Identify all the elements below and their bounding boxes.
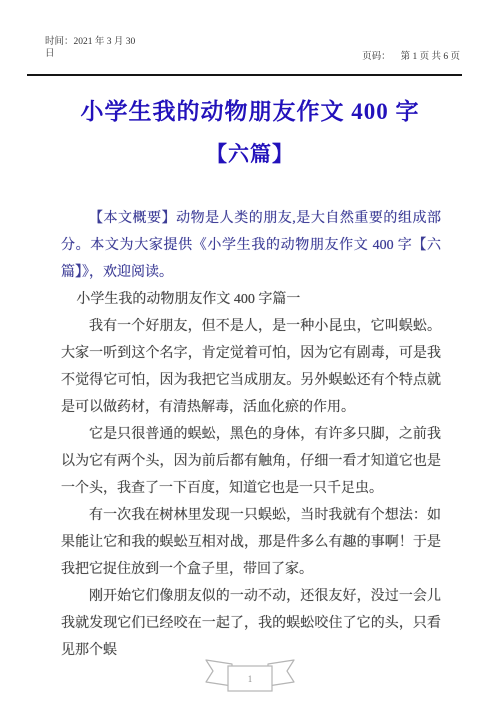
page-subtitle: 【六篇】: [0, 138, 500, 168]
body-paragraph: 刚开始它们像朋友似的一动不动，还很友好，没过一会儿我就发现它们已经咬在一起了，我…: [61, 583, 441, 664]
page-number-label: 页码：: [362, 52, 391, 62]
summary-paragraph: 【本文概要】动物是人类的朋友,是大自然重要的组成部分。本文为大家提供《小学生我的…: [61, 205, 441, 286]
header-divider: [27, 74, 462, 76]
timestamp-line2: 日: [45, 48, 135, 60]
section-heading: 小学生我的动物朋友作文 400 字篇一: [61, 286, 441, 313]
document-header: 时间：2021 年 3 月 30 日 页码：第 1 页 共 6 页: [45, 36, 460, 62]
page-title: 小学生我的动物朋友作文 400 字: [0, 93, 500, 126]
page-number-value: 第 1 页 共 6 页: [401, 52, 460, 62]
page-number-ribbon-icon: 1: [202, 657, 298, 695]
body-paragraph: 它是只很普通的蜈蚣，黑色的身体，有许多只脚，之前我以为它有两个头，因为前后都有触…: [61, 421, 441, 502]
page-footer: 1: [0, 657, 500, 700]
timestamp-line1: 时间：2021 年 3 月 30: [45, 36, 135, 48]
body-paragraph: 我有一个好朋友，但不是人，是一种小昆虫，它叫蜈蚣。大家一听到这个名字，肯定觉着可…: [61, 313, 441, 421]
timestamp: 时间：2021 年 3 月 30 日: [45, 36, 135, 62]
footer-page-number: 1: [248, 674, 253, 684]
body-paragraph: 有一次我在树林里发现一只蜈蚣，当时我就有个想法：如果能让它和我的蜈蚣互相对战，那…: [61, 502, 441, 583]
document-body: 【本文概要】动物是人类的朋友,是大自然重要的组成部分。本文为大家提供《小学生我的…: [61, 205, 441, 664]
page-indicator: 页码：第 1 页 共 6 页: [362, 36, 460, 62]
document-page: 时间：2021 年 3 月 30 日 页码：第 1 页 共 6 页 小学生我的动…: [0, 0, 500, 708]
